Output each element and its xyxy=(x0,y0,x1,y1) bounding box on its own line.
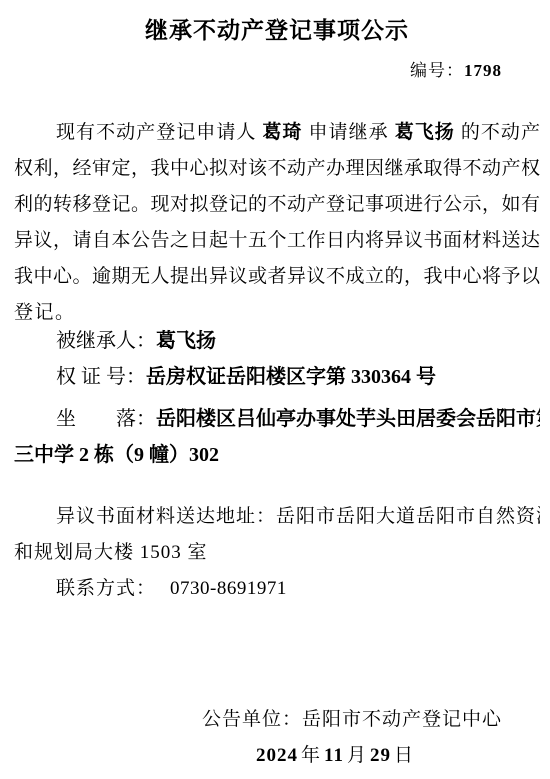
location-label: 坐 落： xyxy=(56,408,156,430)
issuer-label: 公告单位： xyxy=(202,709,302,730)
certificate-label: 权 证 号： xyxy=(56,366,146,388)
issuer-row: 公告单位：岳阳市不动产登记中心 xyxy=(14,702,540,738)
date-day-unit: 日 xyxy=(394,745,414,766)
issuer-value: 岳阳市不动产登记中心 xyxy=(302,709,502,730)
date-month-unit: 月 xyxy=(347,745,367,766)
detail-fields: 被继承人：葛飞扬 权 证 号：岳房权证岳阳楼区字第 330364 号 坐 落：岳… xyxy=(14,323,540,473)
date-year-unit: 年 xyxy=(301,745,321,766)
doc-number-label: 编号： xyxy=(410,61,464,80)
applicant-name: 葛琦 xyxy=(262,122,302,143)
location-value-continued: 三中学 2 栋（9 幢）302 xyxy=(14,437,540,473)
certificate-row: 权 证 号：岳房权证岳阳楼区字第 330364 号 xyxy=(14,359,540,395)
paragraph-text: 申请继承 xyxy=(309,122,389,143)
date-month: 11 xyxy=(324,745,344,766)
date-day: 29 xyxy=(370,745,391,766)
paragraph-line-3: 利的转移登记。现对拟登记的不动产登记事项进行公示，如有 xyxy=(14,187,540,223)
paragraph-text: 的不动产 xyxy=(461,122,540,143)
doc-number-value: 1798 xyxy=(464,61,502,80)
paragraph-line-5: 我中心。逾期无人提出异议或者异议不成立的，我中心将予以 xyxy=(14,259,540,295)
decedent-name: 葛飞扬 xyxy=(395,122,455,143)
phone-row: 联系方式：0730-8691971 xyxy=(14,571,540,607)
location-row: 坐 落：岳阳楼区吕仙亭办事处芋头田居委会岳阳市第 xyxy=(14,401,540,437)
phone-label: 联系方式： xyxy=(56,578,156,599)
paragraph-text: 现有不动产登记申请人 xyxy=(56,122,256,143)
paragraph-line-1: 现有不动产登记申请人葛琦申请继承葛飞扬的不动产 xyxy=(14,115,540,151)
date-row: 2024年11月29日 xyxy=(14,738,540,774)
decedent-value: 葛飞扬 xyxy=(156,330,216,352)
objection-address-line-2: 和规划局大楼 1503 室 xyxy=(14,535,540,571)
objection-address-line-1: 异议书面材料送达地址：岳阳市岳阳大道岳阳市自然资源 xyxy=(14,499,540,535)
doc-number: 编号：1798 xyxy=(14,61,540,81)
certificate-value: 岳房权证岳阳楼区字第 330364 号 xyxy=(146,366,436,388)
paragraph-line-2: 权利，经审定，我中心拟对该不动产办理因继承取得不动产权 xyxy=(14,151,540,187)
contact-block: 异议书面材料送达地址：岳阳市岳阳大道岳阳市自然资源 和规划局大楼 1503 室 … xyxy=(14,499,540,607)
paragraph-line-4: 异议，请自本公告之日起十五个工作日内将异议书面材料送达 xyxy=(14,223,540,259)
notice-paragraph: 现有不动产登记申请人葛琦申请继承葛飞扬的不动产 权利，经审定，我中心拟对该不动产… xyxy=(14,115,540,331)
decedent-row: 被继承人：葛飞扬 xyxy=(14,323,540,359)
date-year: 2024 xyxy=(256,745,298,766)
phone-value: 0730-8691971 xyxy=(170,578,287,599)
location-value: 岳阳楼区吕仙亭办事处芋头田居委会岳阳市第 xyxy=(156,408,540,430)
footer-block: 公告单位：岳阳市不动产登记中心 2024年11月29日 xyxy=(14,702,540,774)
decedent-label: 被继承人： xyxy=(56,330,156,352)
notice-title: 继承不动产登记事项公示 xyxy=(14,16,540,44)
notice-document: 继承不动产登记事项公示 编号：1798 现有不动产登记申请人葛琦申请继承葛飞扬的… xyxy=(0,0,550,779)
